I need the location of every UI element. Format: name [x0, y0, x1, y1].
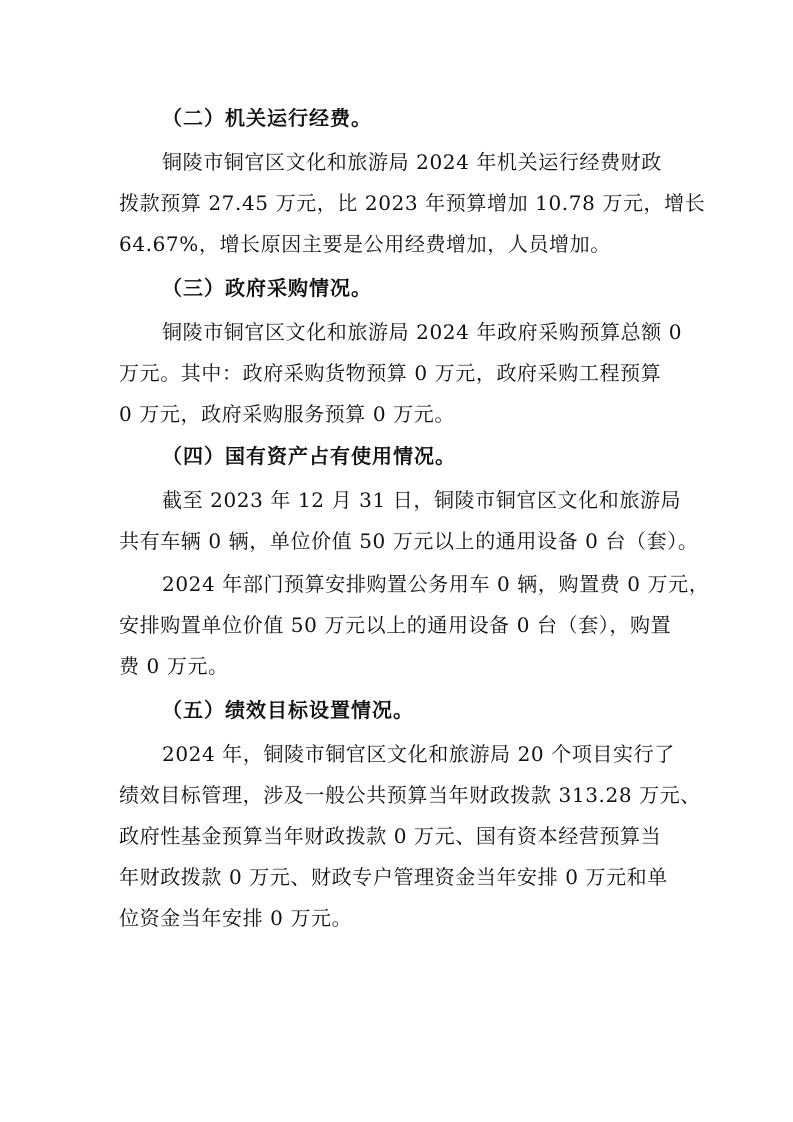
paragraph-line: 铜陵市铜官区文化和旅游局 2024 年机关运行经费财政 — [162, 150, 662, 174]
paragraph-line: 安排购置单位价值 50 万元以上的通用设备 0 台（套），购置 — [119, 613, 671, 637]
paragraph-line: 截至 2023 年 12 月 31 日，铜陵市铜官区文化和旅游局 — [162, 488, 681, 512]
paragraph-line: 铜陵市铜官区文化和旅游局 2024 年政府采购预算总额 0 — [162, 320, 682, 344]
section-heading-operating-costs: （二）机关运行经费。 — [162, 106, 372, 130]
paragraph-line: 2024 年部门预算安排购置公务用车 0 辆，购置费 0 万元， — [162, 572, 709, 596]
paragraph-line: 64.67%，增长原因主要是公用经费增加，人员增加。 — [119, 232, 611, 256]
paragraph-line: 共有车辆 0 辆，单位价值 50 万元以上的通用设备 0 台（套）。 — [119, 529, 698, 553]
section-heading-performance-goals: （五）绩效目标设置情况。 — [162, 698, 414, 722]
paragraph-line: 0 万元，政府采购服务预算 0 万元。 — [119, 402, 455, 426]
paragraph-line: 拨款预算 27.45 万元，比 2023 年预算增加 10.78 万元，增长 — [119, 191, 705, 215]
paragraph-line: 绩效目标管理，涉及一般公共预算当年财政拨款 313.28 万元、 — [119, 783, 701, 807]
paragraph-line: 2024 年，铜陵市铜官区文化和旅游局 20 个项目实行了 — [162, 742, 675, 766]
paragraph-line: 位资金当年安排 0 万元。 — [119, 906, 352, 930]
paragraph-line: 费 0 万元。 — [119, 654, 229, 678]
section-heading-state-assets: （四）国有资产占有使用情况。 — [162, 444, 456, 468]
paragraph-line: 万元。其中：政府采购货物预算 0 万元，政府采购工程预算 — [119, 361, 661, 385]
paragraph-line: 年财政拨款 0 万元、财政专户管理资金当年安排 0 万元和单 — [119, 865, 668, 889]
paragraph-line: 政府性基金预算当年财政拨款 0 万元、国有资本经营预算当 — [119, 824, 661, 848]
section-heading-procurement: （三）政府采购情况。 — [162, 276, 372, 300]
